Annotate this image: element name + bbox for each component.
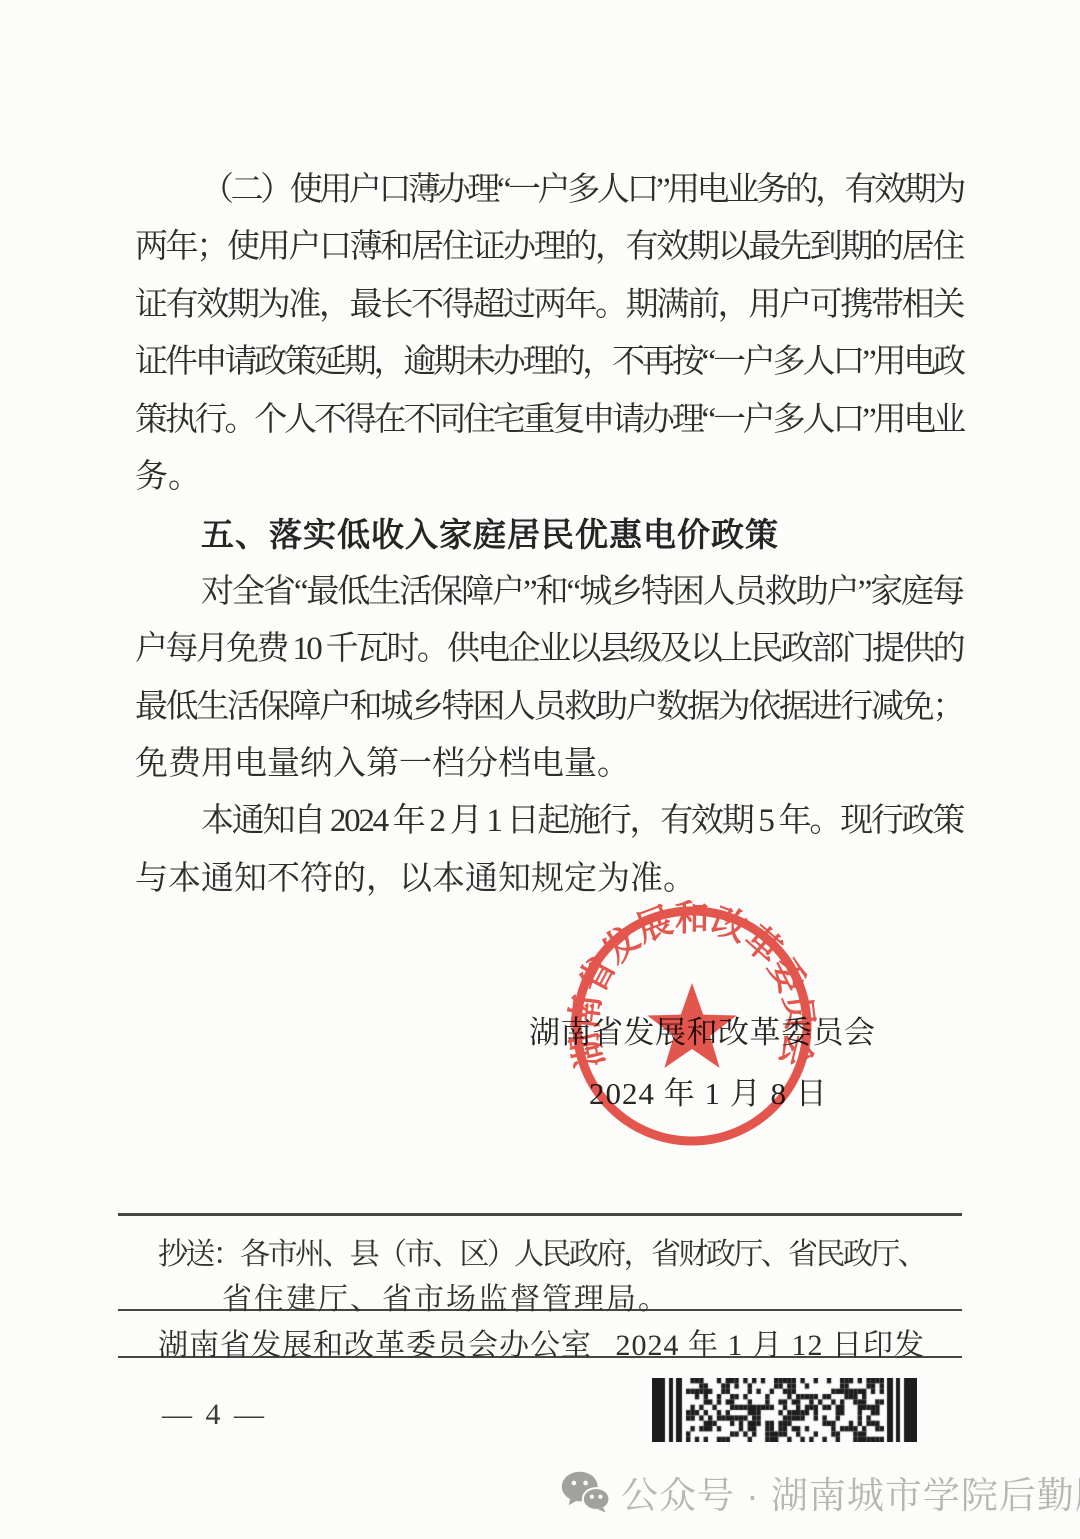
print-date: 2024 年 1 月 12 日印发 [616,1320,926,1364]
cc-line-2: 省住建厅、省市场监督管理局。 [222,1274,670,1318]
body-line: 两年；使用户口薄和居住证办理的，有效期以最先到期的居住 [135,219,963,276]
body-line: 证有效期为准，最长不得超过两年。期满前，用户可携带相关 [135,277,963,334]
watermark-text: 公众号 · 湖南城市学院后勤服务 [621,1465,1080,1519]
body-line: 证件申请政策延期，逾期未办理的，不再按“一户多人口”用电政 [135,334,963,391]
document-page: （二）使用户口薄办理“一户多人口”用电业务的，有效期为两年；使用户口薄和居住证办… [0,0,1080,1539]
body-line: 务。 [135,449,963,506]
cc-line-1: 抄送：各市州、县（市、区）人民政府，省财政厅、省民政厅、 [158,1229,925,1273]
body-text: （二）使用户口薄办理“一户多人口”用电业务的，有效期为两年；使用户口薄和居住证办… [135,162,963,908]
body-line: 本通知自 2024 年 2 月 1 日起施行，有效期 5 年。现行政策 [201,793,963,850]
body-line: 最低生活保障户和城乡特困人员救助户数据为依据进行减免； [135,679,963,736]
red-star-icon [647,983,736,1068]
body-line: 免费用电量纳入第一档分档电量。 [135,736,963,793]
body-line: 对全省“最低生活保障户”和“城乡特困人员救助户”家庭每 [201,564,963,621]
body-line: （二）使用户口薄办理“一户多人口”用电业务的，有效期为 [201,162,963,219]
official-seal: 湖南省发展和改革委员会 [567,900,817,1152]
seal-graphic: 湖南省发展和改革委员会 [567,900,817,1152]
barcode [652,1378,917,1442]
wechat-icon [561,1470,611,1514]
body-line: 户每月免费 10 千瓦时。供电企业以县级及以上民政部门提供的 [135,621,963,678]
page-number: — 4 — [162,1398,267,1432]
body-line: 策执行。个人不得在不同住宅重复申请办理“一户多人口”用电业 [135,392,963,449]
body-line: 与本通知不符的，以本通知规定为准。 [135,851,963,908]
watermark: 公众号 · 湖南城市学院后勤服务 [561,1466,1080,1518]
body-line: 五、落实低收入家庭居民优惠电价政策 [201,506,963,563]
issuer-office: 湖南省发展和改革委员会办公室 [158,1320,592,1364]
divider-top [118,1213,962,1216]
